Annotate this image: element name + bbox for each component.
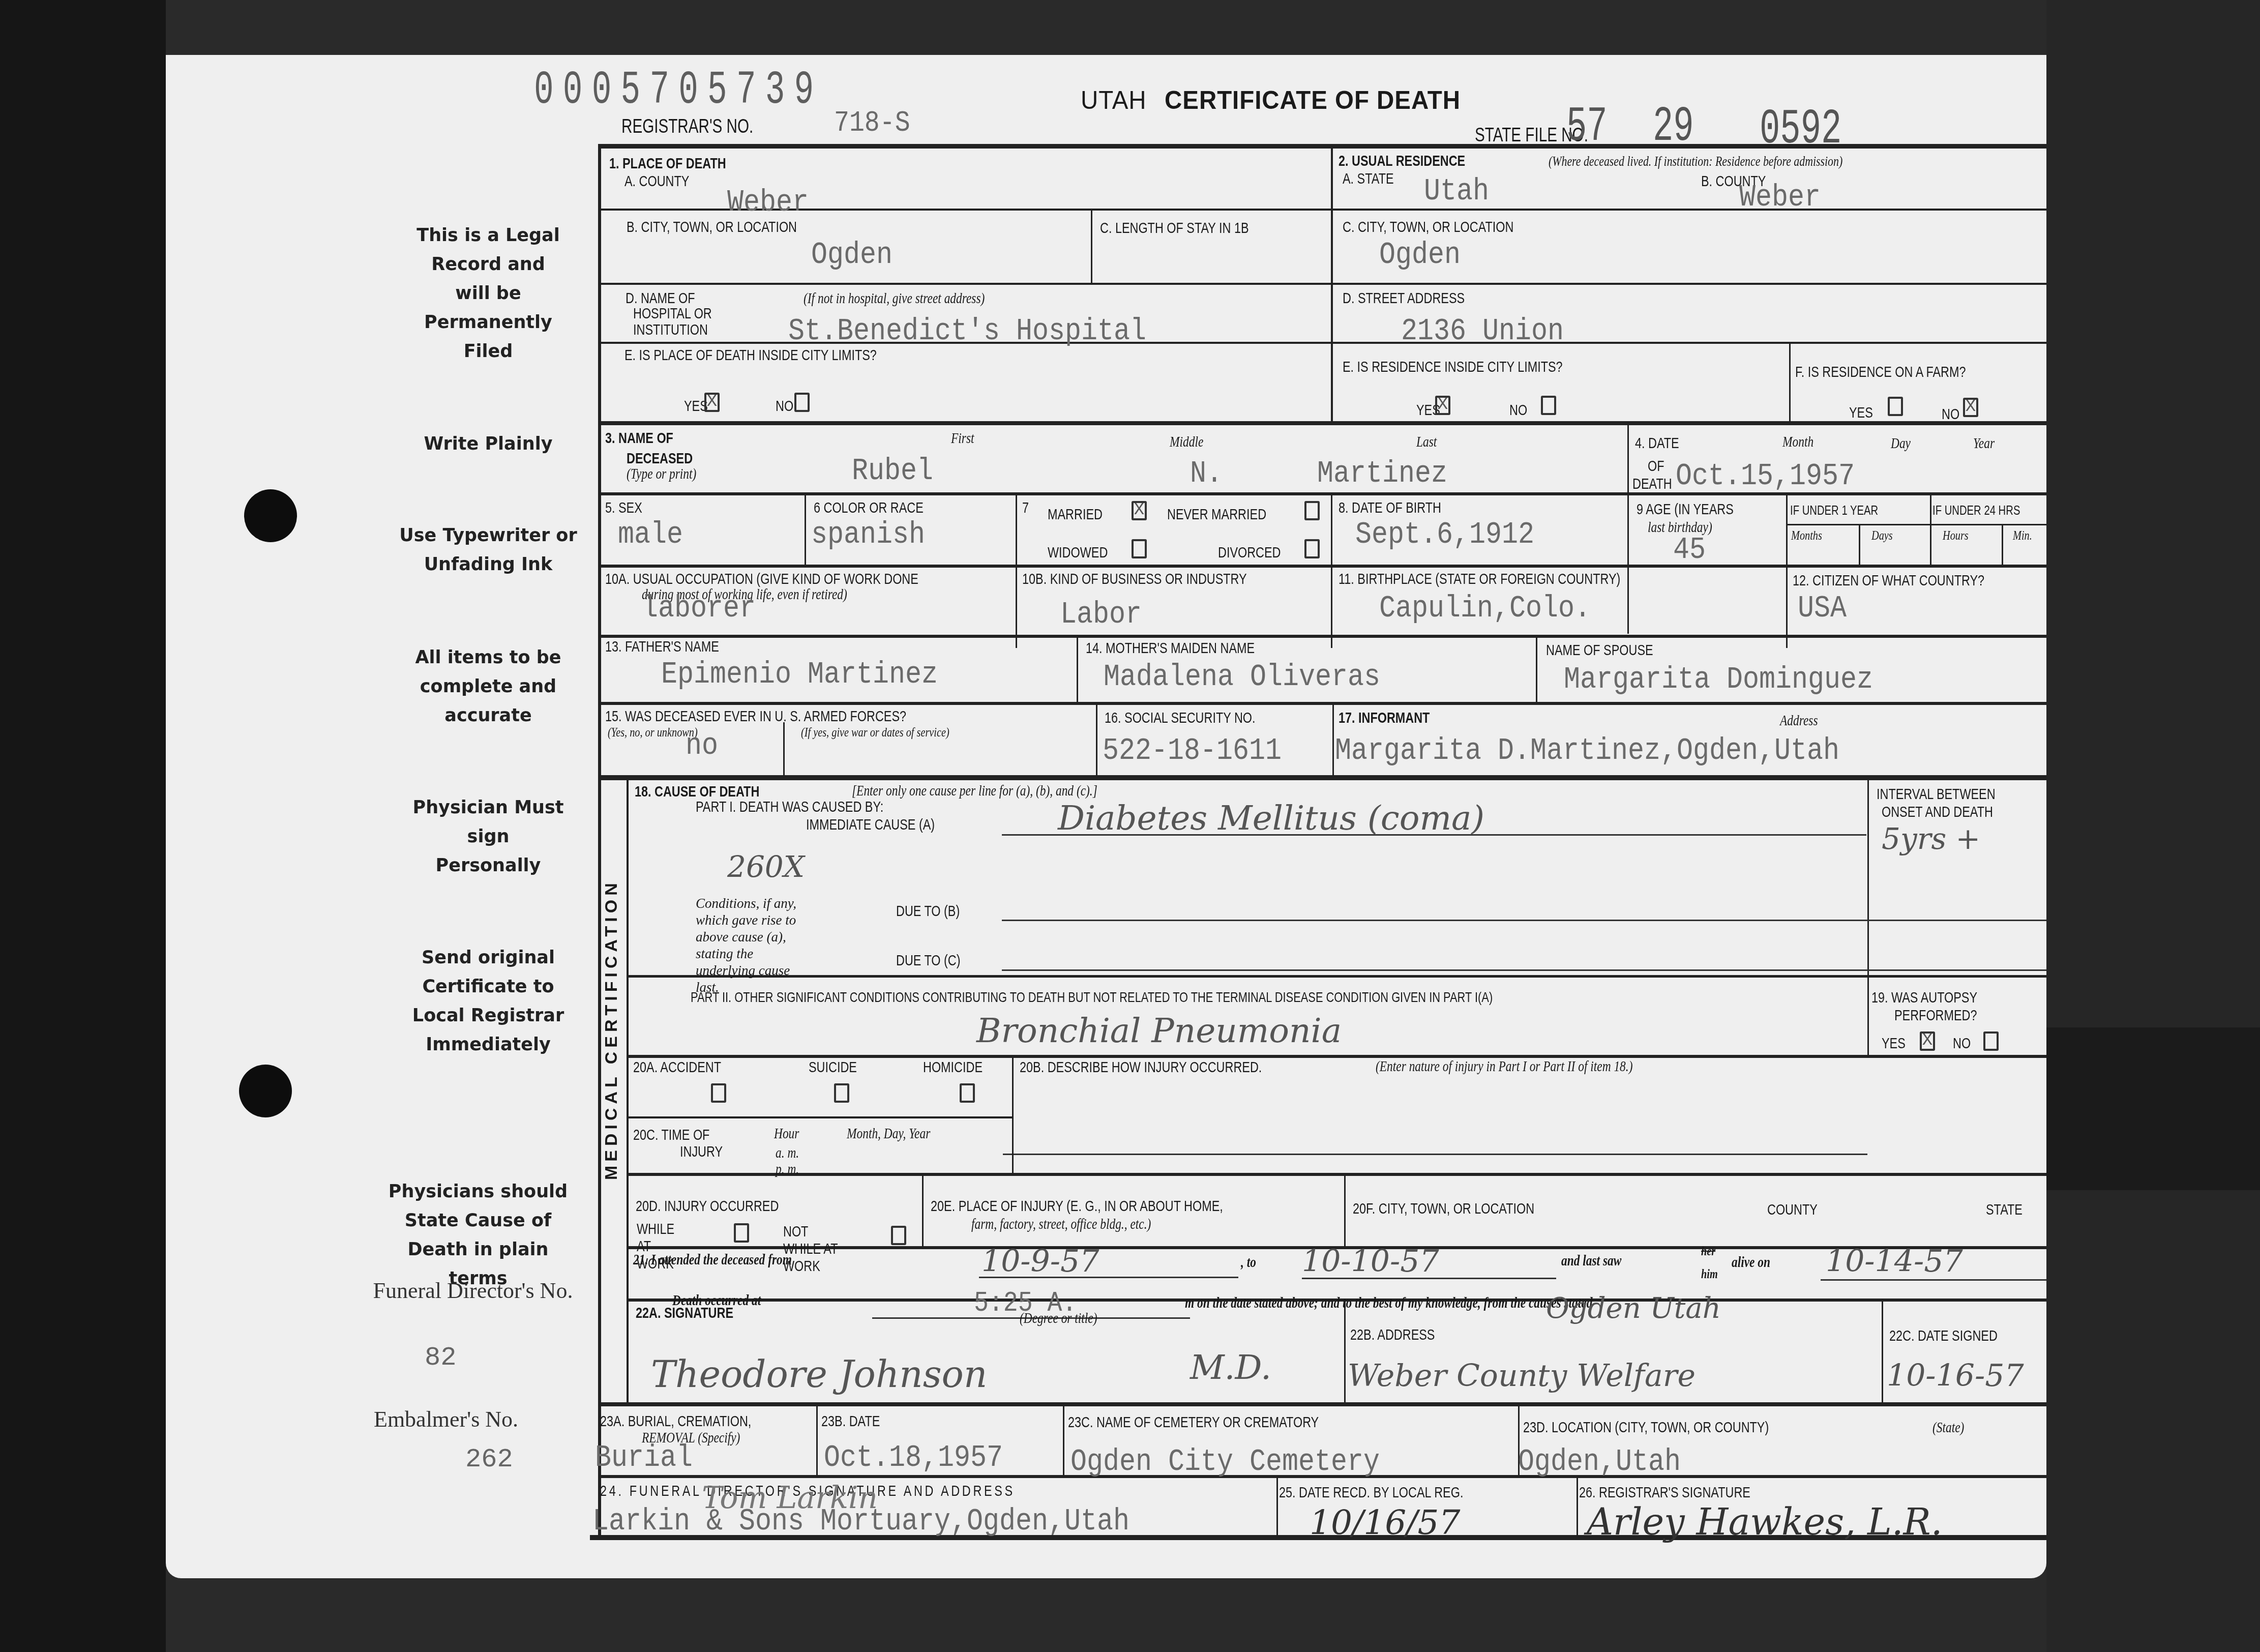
mother-value: Madalena Oliveras: [1104, 659, 1380, 695]
homicide-label: HOMICIDE: [923, 1059, 983, 1076]
occupation-label: 10a. USUAL OCCUPATION (Give kind of work…: [605, 571, 918, 588]
interval-label-2: ONSET AND DEATH: [1882, 804, 1993, 821]
death-city-label: b. CITY, TOWN, OR LOCATION: [627, 219, 797, 236]
divider: [598, 1402, 2046, 1406]
res-city-value: Ogden: [1379, 237, 1461, 273]
res-inside-city-no-checkbox[interactable]: [1541, 396, 1556, 415]
business-label: 10b. KIND OF BUSINESS OR INDUSTRY: [1022, 571, 1247, 588]
suicide-checkbox[interactable]: [834, 1083, 849, 1103]
not-while-at-work-checkbox[interactable]: [891, 1226, 906, 1245]
usual-residence-label: 2. USUAL RESIDENCE: [1339, 153, 1465, 170]
never-married-checkbox[interactable]: [1304, 501, 1320, 520]
hospital-hint: (If not in hospital, give street address…: [804, 290, 985, 307]
autopsy-no-checkbox[interactable]: [1983, 1031, 1999, 1051]
death-city-value: Ogden: [811, 237, 893, 273]
time-of-injury-label-2: INJURY: [680, 1143, 723, 1161]
last-saw-label: and last saw: [1561, 1252, 1621, 1270]
him-label: him: [1701, 1266, 1718, 1282]
hour-label: Hour: [774, 1125, 799, 1142]
am-label: a. m.: [776, 1144, 799, 1162]
physician-degree: M.D.: [1190, 1348, 1271, 1387]
funeral-director-no: 82: [425, 1343, 456, 1373]
cause-code: 260X: [727, 849, 805, 884]
disposition-label-1: 23a. BURIAL, CREMATION,: [600, 1413, 751, 1430]
middle-name-value: N.: [1190, 455, 1223, 491]
age-label-1: 9 AGE (In years: [1637, 501, 1734, 518]
res-inside-city-yes-checkbox[interactable]: X: [1435, 396, 1450, 415]
age-value: 45: [1673, 532, 1706, 568]
first-name-value: Rubel: [852, 453, 933, 489]
name-label-2: DECEASED: [627, 450, 693, 467]
divider: [1930, 495, 1931, 567]
sex-value: male: [618, 516, 683, 552]
hours-label: Hours: [1943, 528, 1969, 543]
usual-residence-hint: (Where deceased lived. If institution: R…: [1549, 154, 1842, 170]
registrars-no: 718-S: [834, 107, 910, 140]
death-county-value: Weber: [727, 184, 809, 220]
first-name-label: First: [951, 430, 974, 447]
race-value: spanish: [811, 516, 925, 552]
autopsy-label-1: 19. WAS AUTOPSY: [1871, 989, 1977, 1007]
margin-note-typewriter: Use Typewriter or Unfading Ink: [392, 521, 585, 579]
divider: [1331, 495, 1332, 648]
divider: [1867, 780, 1869, 1055]
res-farm-label: f. IS RESIDENCE ON A FARM?: [1795, 364, 1966, 381]
immediate-cause-label: IMMEDIATE CAUSE (a): [806, 816, 935, 834]
under-1-year-label: IF UNDER 1 YEAR: [1790, 503, 1878, 518]
informant-address-label: Address: [1780, 712, 1818, 729]
injury-county-label: COUNTY: [1767, 1201, 1818, 1219]
middle-name-label: Middle: [1170, 433, 1203, 451]
res-state-value: Utah: [1424, 173, 1489, 209]
date-signed-value: 10-16-57: [1887, 1358, 2024, 1394]
ssn-label: 16. SOCIAL SECURITY NO.: [1105, 710, 1255, 727]
spouse-label: NAME OF SPOUSE: [1546, 642, 1653, 659]
res-county-value: Weber: [1739, 179, 1821, 215]
date-recd-label: 25. DATE RECD. BY LOCAL REG.: [1279, 1484, 1463, 1501]
attended-label: 21. I attended the deceased from: [633, 1251, 792, 1268]
death-statement: m on the date stated above; and to the b…: [1185, 1294, 1592, 1312]
month-label: Month: [1782, 433, 1813, 451]
hospital-label-3: INSTITUTION: [633, 321, 708, 339]
divider: [1063, 1406, 1064, 1478]
physician-address-label: 22b. ADDRESS: [1350, 1326, 1435, 1344]
autopsy-yes-checkbox[interactable]: X: [1920, 1031, 1935, 1051]
signature-label: 22a. SIGNATURE: [636, 1305, 733, 1322]
alive-on-line: [1821, 1279, 2046, 1281]
father-value: Epimenio Martinez: [661, 656, 938, 692]
death-inside-city-label: e. IS PLACE OF DEATH INSIDE CITY LIMITS?: [625, 347, 877, 364]
title-prefix: UTAH: [1081, 85, 1147, 115]
divider: [1627, 425, 1629, 634]
date-signed-label: 22c. DATE SIGNED: [1889, 1327, 1998, 1345]
scanner-background-right: [2046, 0, 2260, 1652]
cause-of-death-hint: [Enter only one cause per line for (a), …: [852, 782, 1097, 800]
divider: [1536, 638, 1537, 704]
death-inside-city-yes-checkbox[interactable]: X: [704, 393, 720, 412]
divorced-checkbox[interactable]: [1304, 539, 1320, 558]
divider: [629, 1173, 2046, 1176]
no-label: NO: [1509, 402, 1527, 419]
punch-hole-bottom: [239, 1065, 292, 1117]
divider: [598, 283, 2046, 285]
disposition-value: Burial: [595, 1439, 693, 1476]
suicide-label: SUICIDE: [809, 1059, 857, 1076]
dob-value: Sept.6,1912: [1355, 516, 1534, 552]
homicide-checkbox[interactable]: [960, 1083, 975, 1103]
res-street-label: d. STREET ADDRESS: [1343, 290, 1465, 307]
divider: [783, 722, 785, 778]
death-inside-city-no-checkbox[interactable]: [794, 393, 810, 412]
last-name-label: Last: [1416, 433, 1437, 451]
accident-checkbox[interactable]: [711, 1083, 726, 1103]
immediate-cause-value: Diabetes Mellitus (coma): [1058, 799, 1484, 838]
race-label: 6 COLOR OR RACE: [814, 499, 924, 517]
burial-state-label: (State): [1932, 1419, 1964, 1436]
yes-label: YES: [1882, 1035, 1906, 1052]
date-of-death-label-2: OF: [1648, 458, 1664, 475]
embalmer-no-label: Embalmer's No.: [374, 1406, 518, 1432]
hospital-value: St.Benedict's Hospital: [788, 313, 1146, 349]
divider: [1077, 638, 1078, 704]
injury-desc-label: 20b. DESCRIBE HOW INJURY OCCURRED.: [1020, 1059, 1262, 1076]
divider: [598, 565, 2046, 568]
registrars-no-label: REGISTRAR'S NO.: [621, 116, 753, 138]
death-county-label: a. COUNTY: [625, 173, 689, 190]
divider: [1344, 1302, 1346, 1403]
day-label: Day: [1891, 435, 1911, 452]
name-label-3: (Type or print): [627, 465, 696, 483]
date-of-death-value: Oct.15,1957: [1676, 458, 1855, 494]
citizen-label: 12. CITIZEN OF WHAT COUNTRY?: [1793, 572, 1984, 589]
registrar-signature: Arley Hawkes, L.R.: [1587, 1500, 1943, 1543]
burial-location-label: 23d. LOCATION (City, town, or county): [1523, 1419, 1769, 1436]
birthplace-label: 11. BIRTHPLACE (State or foreign country…: [1339, 571, 1620, 588]
conditions-hint: Conditions, if any, which gave rise to a…: [696, 895, 808, 996]
state-file-part-3: 0592: [1760, 102, 1841, 157]
alive-on-value: 10-14-57: [1826, 1244, 1963, 1279]
ssn-value: 522-18-1611: [1103, 732, 1282, 769]
no-label: NO: [1953, 1035, 1971, 1052]
yes-label: YES: [1849, 404, 1873, 422]
margin-note-physician-sign: Physician Must sign Personally: [412, 793, 564, 880]
burial-date-value: Oct.18,1957: [824, 1439, 1003, 1476]
divider: [1344, 1176, 1346, 1247]
marital-number: 7: [1022, 499, 1029, 517]
physician-address-line-2: Weber County Welfare: [1348, 1358, 1696, 1394]
mother-label: 14. MOTHER'S MAIDEN NAME: [1086, 640, 1255, 657]
sex-label: 5. SEX: [605, 499, 642, 517]
res-farm-no-checkbox[interactable]: X: [1963, 398, 1978, 417]
place-of-injury-label: 20e. PLACE OF INJURY (e. g., in or about…: [931, 1198, 1223, 1215]
embalmer-no: 262: [465, 1444, 513, 1474]
accident-label: 20a. ACCIDENT: [633, 1059, 721, 1076]
date-recd-value: 10/16/57: [1310, 1503, 1460, 1542]
widowed-checkbox[interactable]: [1132, 539, 1147, 558]
armed-forces-hint-1: (Yes, no, or unknown): [608, 725, 698, 740]
injury-city-label: 20f. CITY, TOWN, OR LOCATION: [1353, 1200, 1534, 1218]
medical-certification-side-label: MEDICAL CERTIFICATION: [602, 879, 621, 1180]
injury-desc-hint: (Enter nature of injury in Part I or Par…: [1376, 1058, 1632, 1075]
interval-label-1: INTERVAL BETWEEN: [1877, 786, 1996, 803]
punch-hole-top: [244, 489, 297, 542]
divider: [922, 1176, 924, 1247]
divider: [1012, 1058, 1014, 1175]
armed-forces-label: 15. WAS DECEASED EVER IN U. S. ARMED FOR…: [605, 708, 906, 725]
no-label: NO: [776, 398, 793, 415]
divider: [598, 209, 2046, 211]
date-of-death-label-1: 4. DATE: [1635, 435, 1679, 452]
underline: [1003, 1154, 1867, 1155]
funeral-director-no-label: Funeral Director's No.: [371, 1277, 575, 1305]
place-of-death-label: 1. PLACE OF DEATH: [609, 155, 726, 172]
divider: [1016, 495, 1017, 648]
divider: [805, 495, 806, 565]
place-of-injury-hint: farm, factory, street, office bldg., etc…: [971, 1216, 1151, 1233]
year-label: Year: [1973, 435, 1995, 452]
alive-on-label: alive on: [1732, 1254, 1770, 1271]
divider: [1276, 1478, 1278, 1537]
divider: [1096, 705, 1097, 776]
divider: [629, 1055, 2046, 1058]
divider: [598, 421, 2046, 425]
part2-value: Bronchial Pneumonia: [976, 1011, 1342, 1050]
divorced-label: DIVORCED: [1218, 544, 1281, 562]
length-of-stay-label: c. LENGTH OF STAY IN 1b: [1100, 220, 1249, 237]
cemetery-value: Ogden City Cemetery: [1070, 1443, 1380, 1480]
form-border-left: [598, 144, 601, 1540]
autopsy-label-2: PERFORMED?: [1894, 1007, 1977, 1024]
divider: [1789, 344, 1791, 423]
funeral-director-value: Larkin & Sons Mortuary,Ogden,Utah: [592, 1503, 1129, 1539]
citizen-value: USA: [1798, 590, 1847, 626]
date-of-death-label-3: DEATH: [1632, 476, 1672, 493]
res-street-value: 2136 Union: [1401, 313, 1564, 349]
margin-note-cause-plain: Physicians should State Cause of Death i…: [376, 1177, 580, 1293]
hospital-label-2: HOSPITAL OR: [633, 305, 712, 322]
to-label: , to: [1241, 1254, 1256, 1271]
part1-label: PART I. DEATH WAS CAUSED BY:: [696, 799, 883, 816]
burial-date-label: 23b. DATE: [821, 1413, 880, 1430]
never-married-label: NEVER MARRIED: [1167, 506, 1266, 523]
due-to-b-line: [1002, 920, 2046, 921]
father-label: 13. FATHER'S NAME: [605, 638, 719, 656]
due-to-c-label: DUE TO (c): [896, 952, 961, 969]
due-to-b-label: DUE TO (b): [896, 903, 960, 920]
registrar-signature-label: 26. REGISTRAR'S SIGNATURE: [1579, 1484, 1750, 1501]
margin-note-complete: All items to be complete and accurate: [412, 643, 564, 730]
physician-address-line-1: Ogden Utah: [1546, 1292, 1721, 1325]
dob-label: 8. DATE OF BIRTH: [1339, 499, 1441, 517]
res-inside-city-label: e. IS RESIDENCE INSIDE CITY LIMITS?: [1343, 359, 1563, 376]
divider: [2002, 524, 2003, 567]
divider: [1332, 705, 1334, 776]
divider: [629, 1116, 1012, 1118]
occupation-value: laborer: [642, 590, 756, 626]
scanner-background-left: [0, 0, 166, 1652]
married-checkbox[interactable]: X: [1132, 501, 1147, 520]
part2-label: PART II. OTHER SIGNIFICANT CONDITIONS CO…: [691, 989, 1493, 1006]
divider: [598, 635, 2046, 638]
informant-value: Margarita D.Martinez,Ogden,Utah: [1335, 732, 1839, 769]
margin-note-legal-record: This is a Legal Record and will be Perma…: [412, 221, 564, 366]
attended-to: 10-10-57: [1302, 1244, 1439, 1279]
interval-value: 5yrs +: [1882, 821, 1980, 856]
informant-label: 17. INFORMANT: [1339, 710, 1430, 727]
divider: [1786, 524, 2046, 525]
scanner-background-band: [2046, 1027, 2260, 1190]
no-label: NO: [1942, 406, 1959, 423]
divider: [627, 780, 629, 1406]
pm-label: p. m.: [776, 1161, 799, 1178]
under-24-hrs-label: IF UNDER 24 HRS: [1932, 503, 2020, 518]
hospital-label-1: d. NAME OF: [626, 290, 695, 307]
form-border-top: [598, 144, 2046, 149]
res-farm-yes-checkbox[interactable]: [1888, 397, 1903, 416]
divider: [1786, 495, 1788, 648]
birthplace-value: Capulin,Colo.: [1379, 590, 1591, 626]
injury-occurred-label: 20d. INJURY OCCURRED: [636, 1198, 779, 1215]
divider: [816, 1406, 818, 1478]
time-of-injury-label-1: 20c. TIME OF: [633, 1127, 709, 1144]
res-state-label: a. STATE: [1343, 170, 1394, 188]
divider: [1859, 524, 1860, 567]
married-label: MARRIED: [1048, 506, 1103, 523]
degree-label: (Degree or title): [1020, 1310, 1097, 1327]
cause-of-death-label: 18. CAUSE OF DEATH: [635, 783, 759, 801]
days-label: Days: [1871, 528, 1893, 543]
divider: [629, 975, 2046, 978]
divider: [1882, 1302, 1883, 1403]
physician-signature: Theodore Johnson: [651, 1353, 987, 1396]
armed-forces-hint-2: (If yes, give war or dates of service): [801, 725, 949, 740]
armed-forces-value: no: [686, 727, 718, 763]
res-city-label: c. CITY, TOWN, OR LOCATION: [1343, 219, 1513, 236]
widowed-label: WIDOWED: [1048, 544, 1108, 562]
burial-location-value: Ogden,Utah: [1518, 1443, 1681, 1480]
name-label-1: 3. NAME OF: [605, 430, 673, 447]
divider: [598, 702, 2046, 705]
stamp-number: 0005705739: [534, 64, 823, 117]
months-label: Months: [1791, 528, 1822, 543]
last-name-value: Martinez: [1317, 455, 1447, 491]
margin-note-send-original: Send original Certificate to Local Regis…: [412, 943, 564, 1059]
business-value: Labor: [1060, 596, 1142, 632]
divider: [1577, 1478, 1578, 1537]
divider: [598, 775, 2046, 780]
cemetery-label: 23c. NAME OF CEMETERY OR CREMATORY: [1068, 1414, 1319, 1431]
divider: [1091, 209, 1092, 285]
while-at-work-checkbox[interactable]: [734, 1223, 749, 1243]
page-title: CERTIFICATE OF DEATH: [1165, 85, 1461, 115]
her-label: her: [1701, 1244, 1715, 1259]
margin-note-write-plainly: Write Plainly: [412, 430, 564, 459]
mdy-label: Month, Day, Year: [847, 1125, 930, 1142]
min-label: Min.: [2013, 528, 2032, 543]
due-to-c-line: [1002, 969, 2046, 971]
injury-state-label: STATE: [1986, 1201, 2023, 1219]
spouse-value: Margarita Dominguez: [1564, 661, 1873, 697]
attended-from: 10-9-57: [982, 1244, 1099, 1279]
